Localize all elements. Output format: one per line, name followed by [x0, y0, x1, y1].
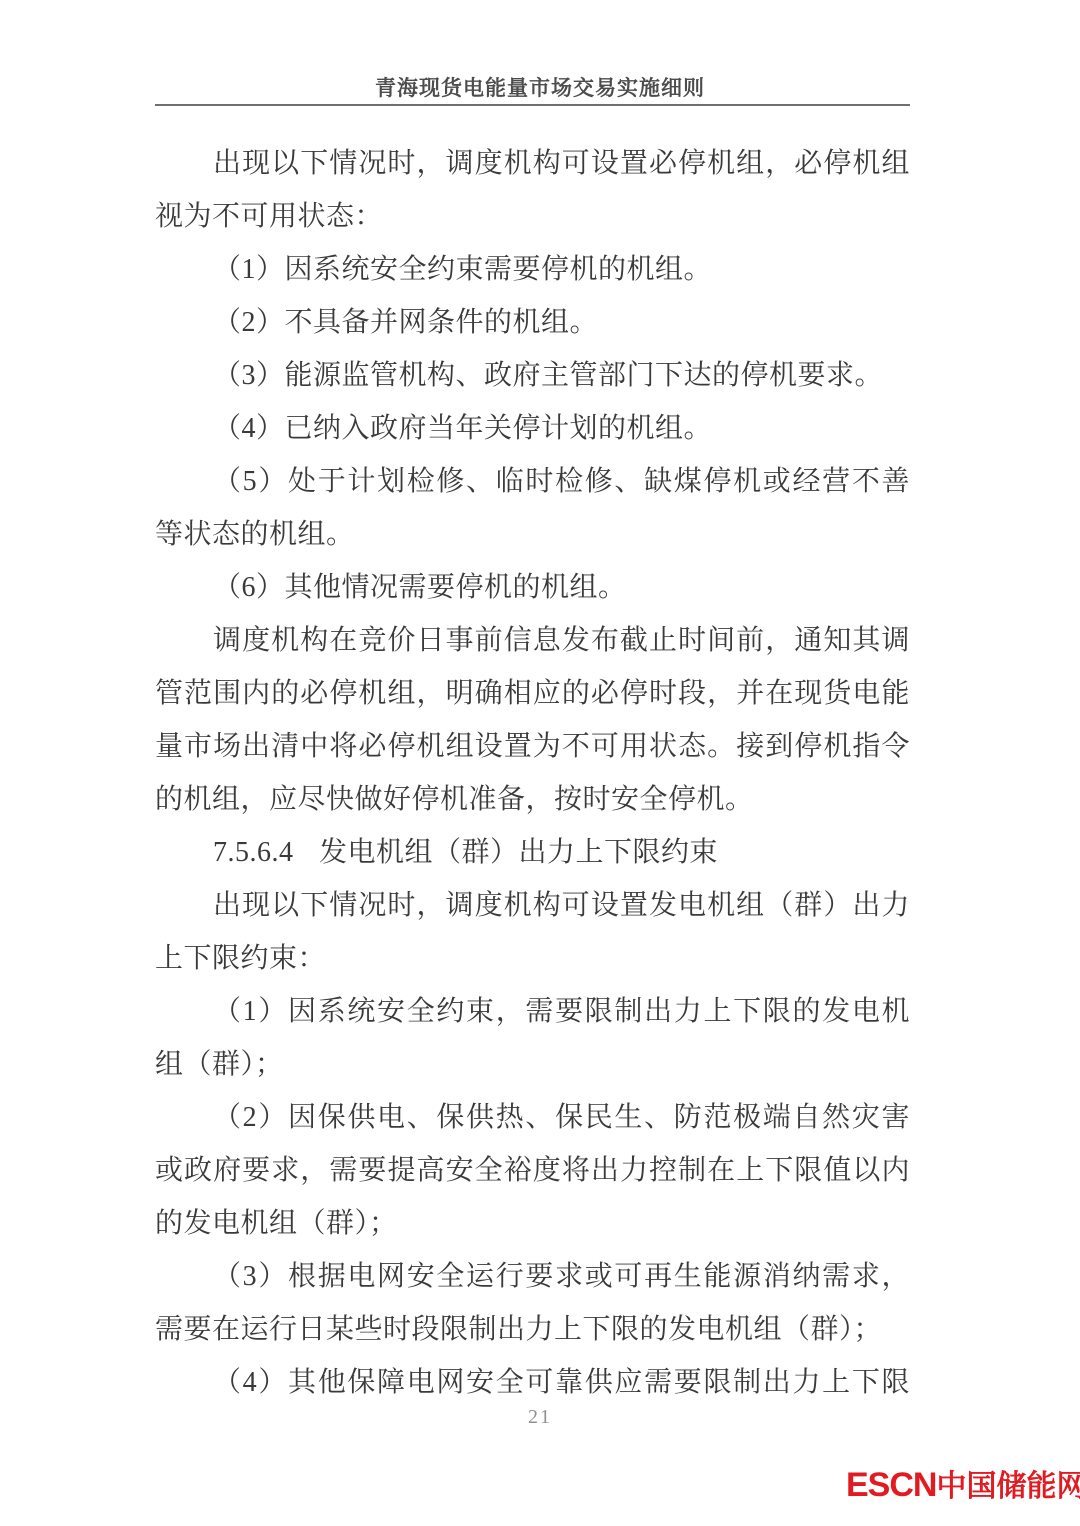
logo-site-name: 中国储能网 [936, 1461, 1080, 1505]
page-number: 21 [0, 1406, 1080, 1429]
list-item-6: （6）其他情况需要停机的机组。 [155, 561, 910, 614]
document-page: 青海现货电能量市场交易实施细则 出现以下情况时，调度机构可设置必停机组，必停机组… [0, 0, 1080, 1526]
paragraph-line: 出现以下情况时，调度机构可设置必停机组，必停机组 [155, 137, 910, 190]
list-item-2-continuation: 的发电机组（群）； [155, 1197, 910, 1250]
list-item-4: （4）其他保障电网安全可靠供应需要限制出力上下限 [155, 1356, 910, 1409]
list-item-1: （1）因系统安全约束需要停机的机组。 [155, 243, 910, 296]
section-number: 7.5.6.4 [213, 837, 294, 868]
paragraph-line: 管范围内的必停机组，明确相应的必停时段，并在现货电能 [155, 667, 910, 720]
paragraph-line: 上下限约束： [155, 932, 910, 985]
list-item-2-continuation: 或政府要求，需要提高安全裕度将出力控制在上下限值以内 [155, 1144, 910, 1197]
list-item-5: （5）处于计划检修、临时检修、缺煤停机或经营不善 [155, 455, 910, 508]
list-item-3-continuation: 需要在运行日某些时段限制出力上下限的发电机组（群）； [155, 1303, 910, 1356]
list-item-1-continuation: 组（群）； [155, 1038, 910, 1091]
header-title: 青海现货电能量市场交易实施细则 [0, 72, 1080, 102]
list-item-1: （1）因系统安全约束，需要限制出力上下限的发电机 [155, 985, 910, 1038]
logo-escn-text: ESCN [846, 1466, 936, 1505]
paragraph-line: 视为不可用状态： [155, 190, 910, 243]
section-title: 发电机组（群）出力上下限约束 [319, 837, 718, 868]
list-item-2: （2）不具备并网条件的机组。 [155, 296, 910, 349]
list-item-3: （3）能源监管机构、政府主管部门下达的停机要求。 [155, 349, 910, 402]
header-rule [155, 104, 910, 106]
document-body: 出现以下情况时，调度机构可设置必停机组，必停机组 视为不可用状态： （1）因系统… [155, 137, 910, 1409]
list-item-2: （2）因保供电、保供热、保民生、防范极端自然灾害 [155, 1091, 910, 1144]
paragraph-line: 量市场出清中将必停机组设置为不可用状态。接到停机指令 [155, 720, 910, 773]
paragraph-line: 的机组，应尽快做好停机准备，按时安全停机。 [155, 773, 910, 826]
escn-logo: ESCN中国储能网 [846, 1461, 1080, 1505]
paragraph-line: 出现以下情况时，调度机构可设置发电机组（群）出力 [155, 879, 910, 932]
list-item-5-continuation: 等状态的机组。 [155, 508, 910, 561]
list-item-3: （3）根据电网安全运行要求或可再生能源消纳需求， [155, 1250, 910, 1303]
section-heading: 7.5.6.4 发电机组（群）出力上下限约束 [155, 826, 910, 879]
paragraph-line: 调度机构在竞价日事前信息发布截止时间前，通知其调 [155, 614, 910, 667]
list-item-4: （4）已纳入政府当年关停计划的机组。 [155, 402, 910, 455]
